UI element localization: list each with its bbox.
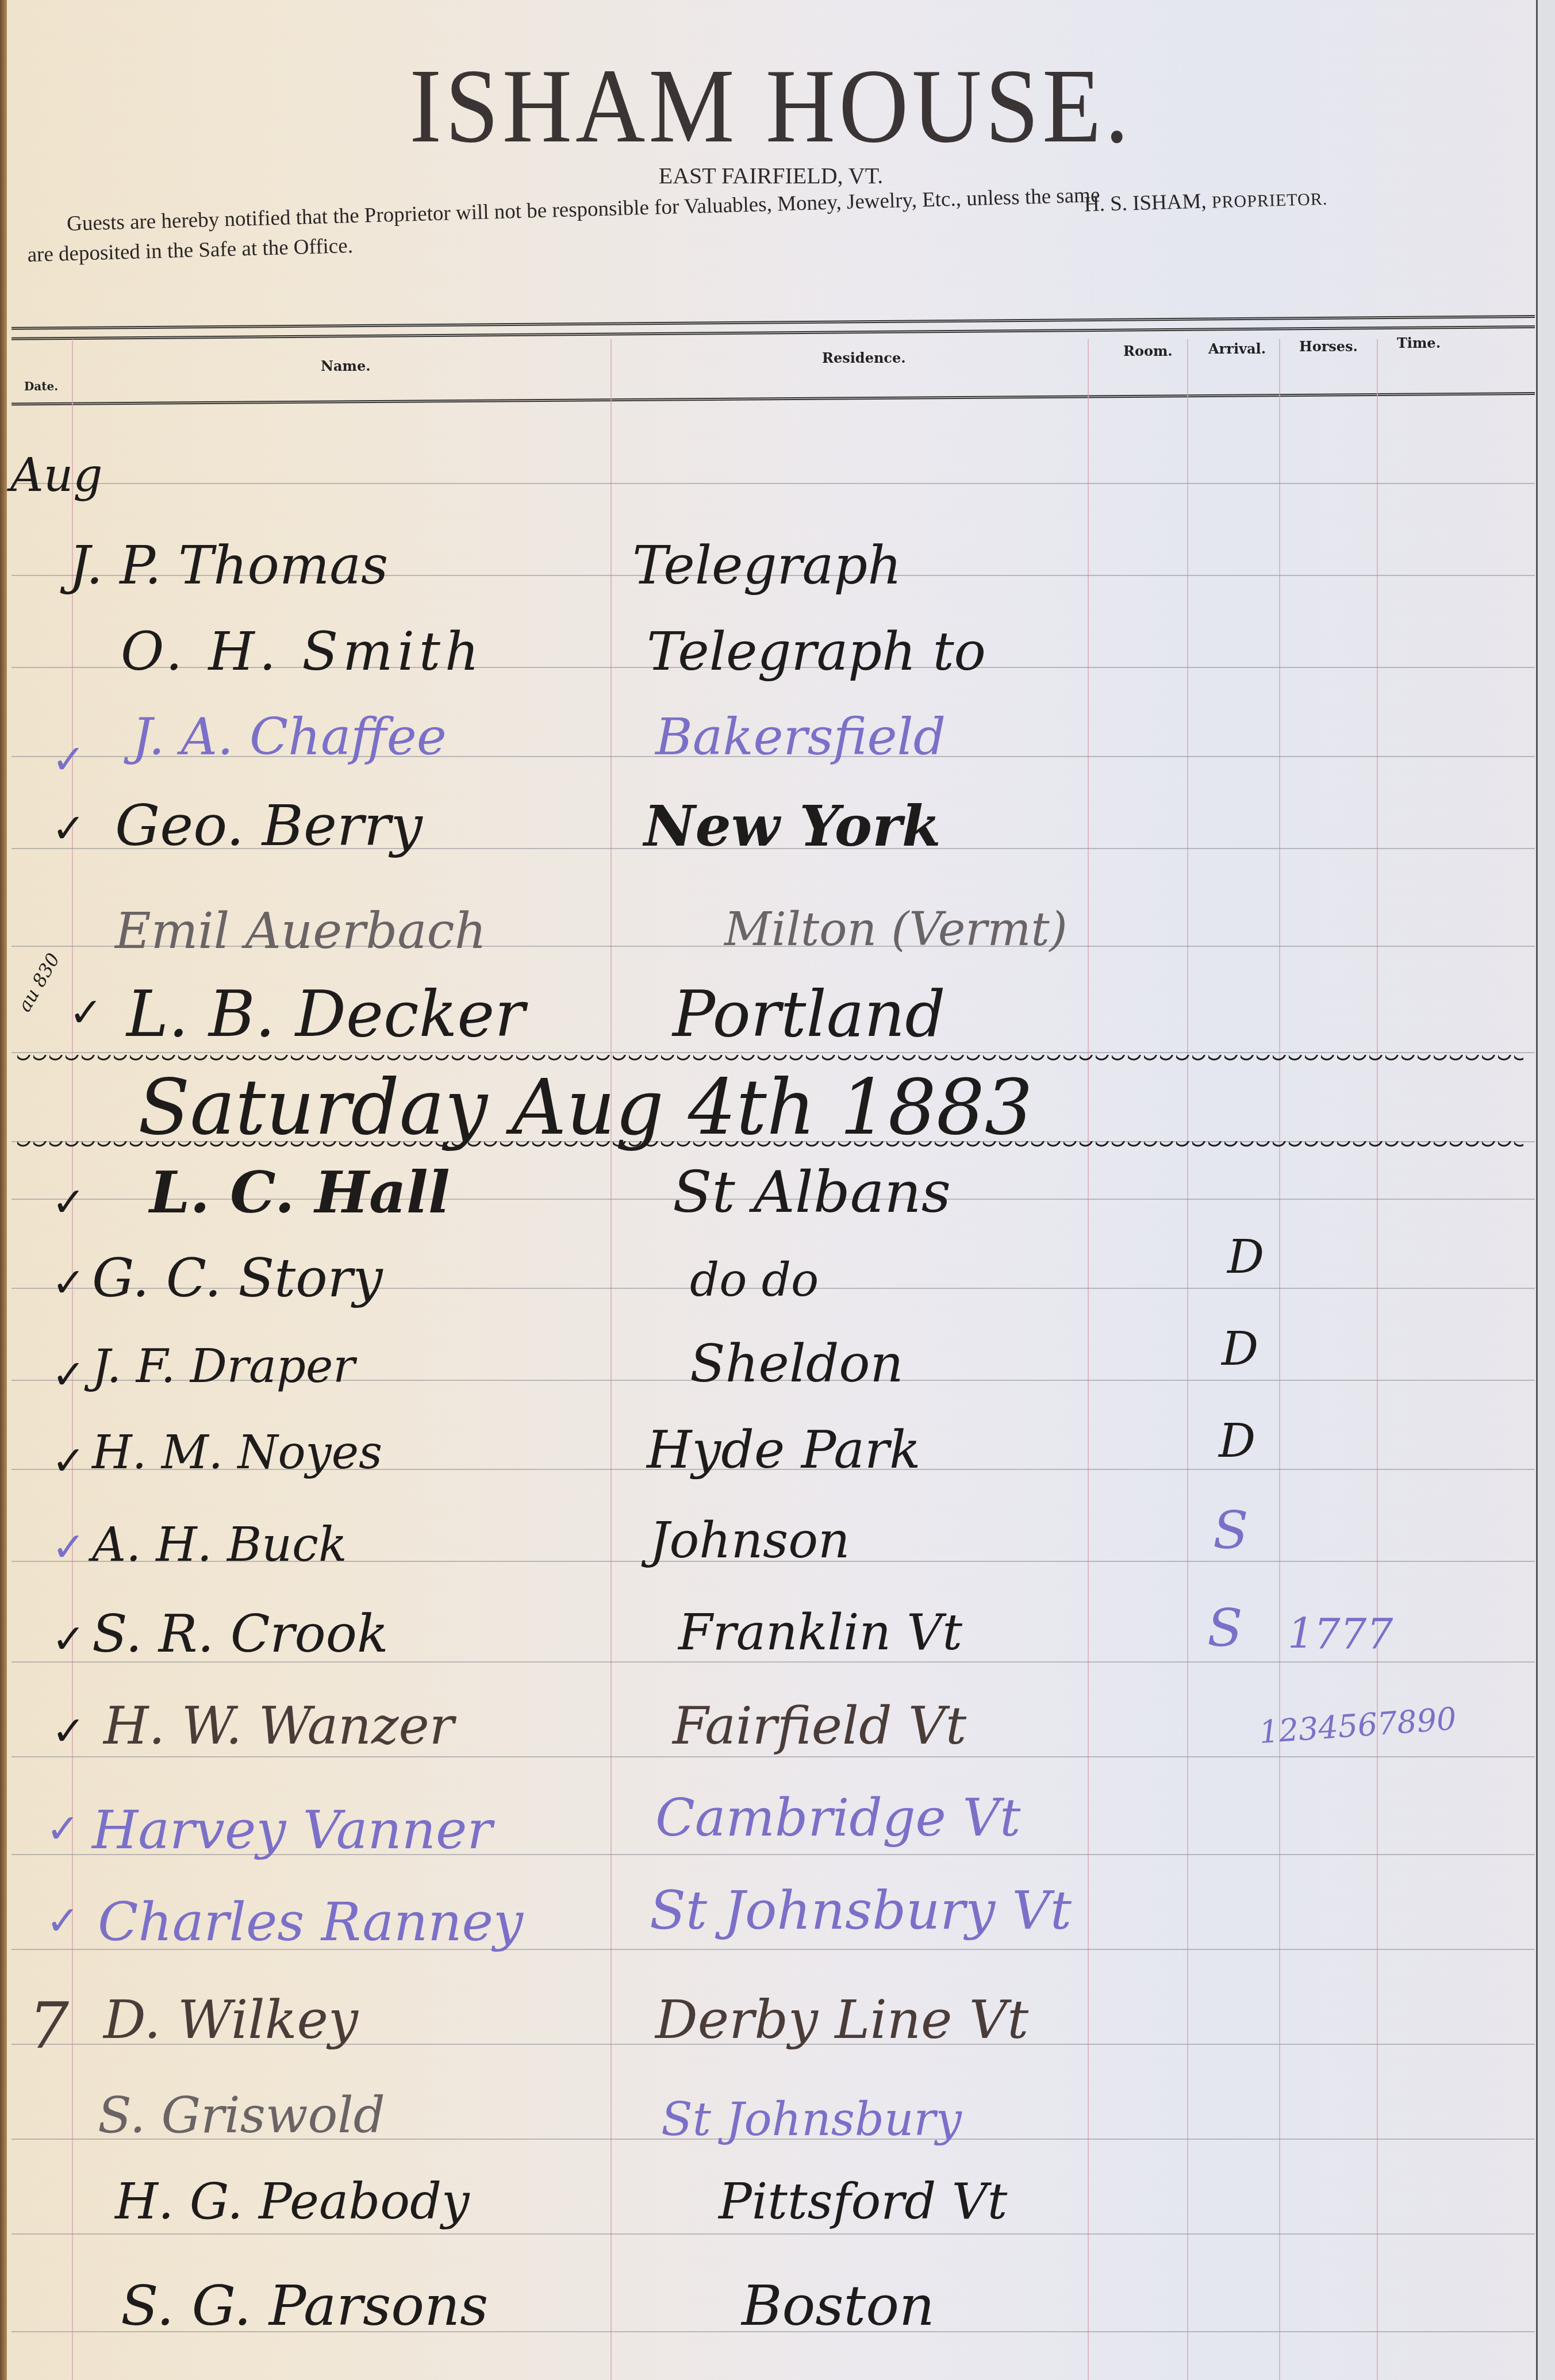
hotel-title: ISHAM HOUSE. [6, 45, 1536, 167]
guest-residence: Hyde Park [647, 1420, 921, 1480]
arrival-mark: S [1213, 1500, 1249, 1561]
check-mark: ✓ [46, 1805, 80, 1852]
guest-residence: Boston [742, 2274, 935, 2338]
guest-name: Emil Auerbach [115, 903, 486, 960]
guest-name: H. W. Wanzer [103, 1696, 454, 1756]
proprietor-signature: H. S. ISHAM, PROPRIETOR. [1084, 186, 1327, 217]
guest-name: Geo. Berry [115, 793, 423, 859]
guest-residence: Milton (Vermt) [724, 903, 1068, 956]
divider-room-arrival [1187, 339, 1188, 2380]
divider-residence-room [1088, 339, 1089, 2380]
check-mark: ✓ [52, 1707, 86, 1755]
arrival-mark: D [1227, 1230, 1264, 1284]
guest-residence: Telegraph [632, 535, 901, 596]
date-heading: Saturday Aug 4th 1883 [138, 1064, 1033, 1152]
check-mark: ✓ [52, 1437, 86, 1484]
guest-residence: Johnson [650, 1512, 850, 1569]
column-header-horses: Horses. [1299, 338, 1358, 355]
guest-name: G. C. Story [92, 1247, 383, 1309]
divider-name-residence [611, 339, 612, 2380]
guest-name: L. B. Decker [126, 977, 525, 1051]
guest-residence: Fairfield Vt [673, 1696, 966, 1756]
column-header-room: Room. [1123, 343, 1173, 359]
guest-name: H. G. Peabody [115, 2173, 470, 2231]
guest-name: H. M. Noyes [92, 1426, 382, 1479]
guest-residence: Sheldon [690, 1334, 903, 1394]
check-mark: ✓ [69, 989, 103, 1036]
ruled-line [11, 1052, 1535, 1053]
ruled-line [11, 1756, 1535, 1757]
arrival-mark: S [1207, 1598, 1243, 1659]
register-page: ISHAM HOUSE. EAST FAIRFIELD, VT. Guests … [6, 0, 1538, 2380]
column-header-arrival: Arrival. [1208, 340, 1266, 357]
arrival-mark: D [1222, 1322, 1258, 1376]
guest-residence: New York [644, 793, 941, 859]
guest-name: Charles Ranney [98, 1891, 523, 1953]
notice-line-2: are deposited in the Safe at the Office. [27, 233, 353, 267]
check-mark: ✓ [52, 1523, 86, 1571]
guest-residence: Portland [673, 977, 946, 1051]
guest-name: S. G. Parsons [121, 2274, 488, 2338]
column-header-time: Time. [1397, 335, 1441, 351]
divider-arrival-horses [1279, 339, 1280, 2380]
guest-residence: St Albans [673, 1158, 951, 1226]
guest-residence: St Johnsbury Vt [650, 1880, 1072, 1941]
guest-name: S. Griswold [98, 2087, 385, 2144]
horses-count: 1234567890 [1258, 1700, 1457, 1751]
header-rule-bottom [11, 392, 1535, 406]
arrival-mark: D [1219, 1414, 1255, 1468]
check-mark: ✓ [46, 1897, 80, 1944]
guest-residence: Franklin Vt [678, 1604, 962, 1661]
guest-residence: Telegraph to [647, 621, 986, 682]
check-mark: ✓ [52, 1179, 86, 1226]
check-mark: ✓ [52, 1615, 86, 1663]
guest-name: J. A. Chaffee [132, 707, 447, 766]
guest-name: O. H. Smith [121, 621, 483, 682]
horses-count: 1777 [1288, 1610, 1393, 1658]
proprietor-name: H. S. ISHAM, [1084, 189, 1212, 216]
guest-name: Harvey Vanner [92, 1799, 492, 1861]
column-header-name: Name. [321, 358, 371, 374]
ruled-line [11, 2233, 1535, 2235]
margin-time-note: au 830 [13, 949, 64, 1015]
guest-residence: Cambridge Vt [655, 1788, 1021, 1848]
guest-name: J. P. Thomas [69, 535, 388, 596]
check-mark: ✓ [52, 1259, 86, 1306]
guest-name: L. C. Hall [149, 1158, 450, 1226]
guest-name: D. Wilkey [103, 1989, 358, 2051]
proprietor-title: PROPRIETOR. [1211, 190, 1327, 212]
guest-name: A. H. Buck [92, 1518, 347, 1572]
column-header-date: Date. [24, 379, 58, 393]
check-mark: ✓ [52, 736, 86, 783]
guest-residence: Derby Line Vt [655, 1989, 1028, 2051]
adjacent-page-edge [1538, 0, 1555, 2380]
check-mark: ✓ [52, 1351, 86, 1398]
row-mark: 7 [29, 1989, 69, 2063]
guest-residence: Pittsford Vt [719, 2173, 1007, 2231]
guest-residence: St Johnsbury [661, 2093, 962, 2146]
wavy-underline [17, 1141, 1523, 1151]
hotel-location: EAST FAIRFIELD, VT. [6, 162, 1536, 189]
margin-month: Aug [10, 448, 103, 502]
divider-horses-time [1377, 339, 1378, 2380]
column-header-residence: Residence. [822, 350, 906, 366]
check-mark: ✓ [52, 805, 86, 852]
guest-residence: Bakersfield [655, 707, 946, 766]
guest-name: J. F. Draper [92, 1339, 355, 1393]
guest-residence: do do [690, 1253, 819, 1307]
ruled-line [11, 483, 1535, 484]
guest-name: S. R. Crook [92, 1604, 388, 1664]
notice-line-1: Guests are hereby notified that the Prop… [67, 183, 1100, 236]
book-spine [0, 0, 7, 2380]
